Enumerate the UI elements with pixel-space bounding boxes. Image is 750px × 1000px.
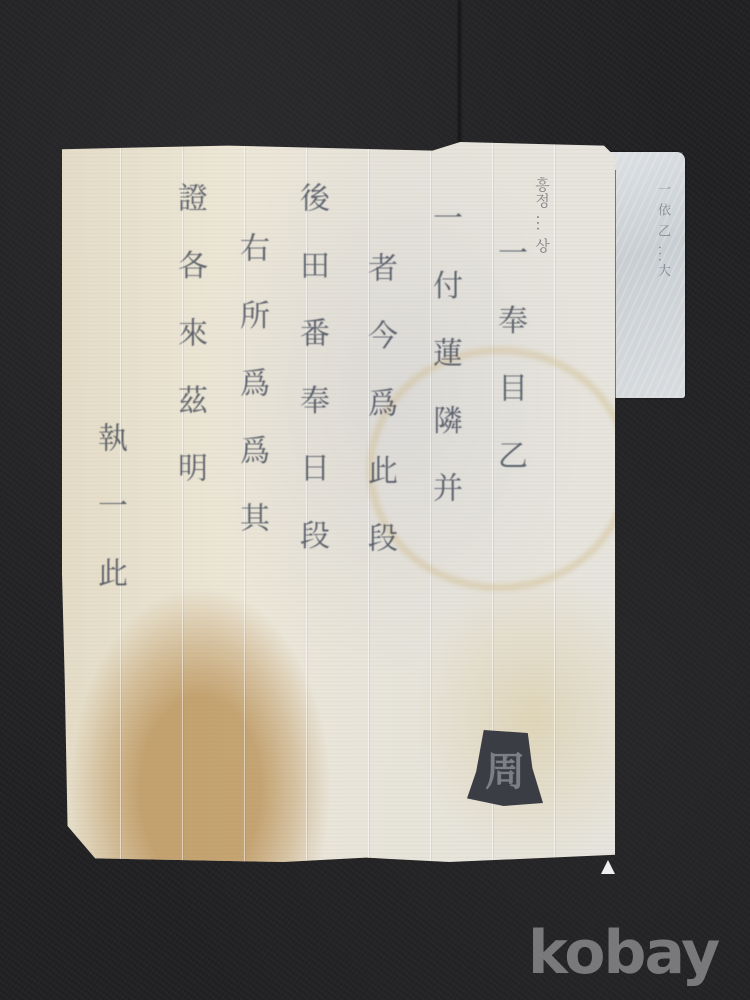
handwritten-columns: 一 奉 目 乙 一 付 蓮 隣 并 者 今 爲 此 段 後 田 番 奉 日 段 …	[62, 142, 615, 862]
felt-crease	[458, 0, 461, 150]
text-column-7: 執 一 此	[92, 422, 126, 601]
text-column-4: 後 田 番 奉 日 段	[294, 182, 328, 564]
text-column-6: 證 各 來 茲 明	[172, 182, 206, 496]
old-document-paper: 흥정 ... 상 一 奉 目 乙 一 付 蓮 隣 并 者 今 爲 此 段 後 田…	[62, 142, 615, 862]
slip-handwriting: 一 依 乙 ...大	[653, 182, 671, 279]
text-column-2: 一 付 蓮 隣 并	[427, 202, 461, 516]
text-column-1: 一 奉 目 乙	[492, 237, 526, 484]
text-column-3: 者 今 爲 此 段	[362, 252, 396, 566]
text-column-5: 右 所 爲 爲 其	[234, 232, 268, 546]
kobay-watermark: kobay	[528, 918, 718, 988]
